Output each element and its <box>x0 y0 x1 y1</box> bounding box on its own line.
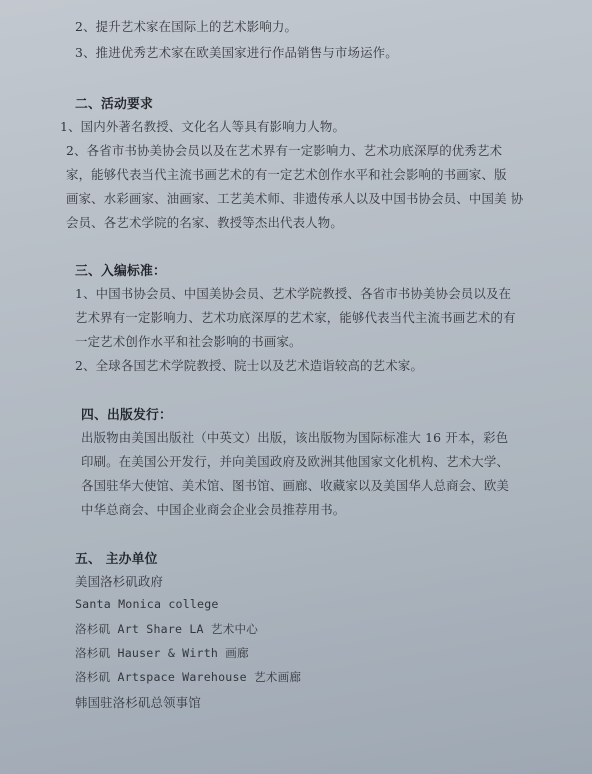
requirements-line: 家，能够代表当代主流书画艺术的有一定艺术创作水平和社会影响的书画家、版 <box>66 165 507 183</box>
criteria-line: 2、全球各国艺术学院教授、院士以及艺术造诣较高的艺术家。 <box>75 356 423 374</box>
requirements-line: 画家、水彩画家、油画家、工艺美术师、非遗传承人以及中国书协会员、中国美 协 <box>66 189 523 207</box>
section-heading-organizers: 五、 主办单位 <box>75 548 158 567</box>
publication-line: 印刷。在美国公开发行，并向美国政府及欧洲其他国家文化机构、艺术大学、 <box>81 452 509 470</box>
organizer-item: 韩国驻洛杉矶总领事馆 <box>75 693 201 711</box>
requirements-line: 1、国内外著名教授、文化名人等具有影响力人物。 <box>60 117 345 135</box>
publication-line: 各国驻华大使馆、美术馆、图书馆、画廊、收藏家以及美国华人总商会、欧美 <box>81 476 509 494</box>
section-heading-criteria: 三、入编标准： <box>75 260 166 279</box>
section-heading-publication: 四、出版发行： <box>81 404 172 423</box>
criteria-line: 一定艺术创作水平和社会影响的书画家。 <box>75 332 302 350</box>
requirements-line: 会员、各艺术学院的名家、教授等杰出代表人物。 <box>66 213 343 231</box>
organizer-item: 美国洛杉矶政府 <box>75 572 163 590</box>
organizer-item: 洛杉矶 Hauser & Wirth 画廊 <box>75 645 249 661</box>
document-page: 2、提升艺术家在国际上的艺术影响力。 3、推进优秀艺术家在欧美国家进行作品销售与… <box>0 0 592 774</box>
organizer-item: 洛杉矶 Artspace Warehouse 艺术画廊 <box>75 669 301 685</box>
organizer-item: Santa Monica college <box>75 597 219 611</box>
publication-line: 中华总商会、中国企业商会企业会员推荐用书。 <box>81 500 345 518</box>
criteria-line: 艺术界有一定影响力、艺术功底深厚的艺术家，能够代表当代主流书画艺术的有 <box>75 308 516 326</box>
intro-item: 2、提升艺术家在国际上的艺术影响力。 <box>75 17 297 35</box>
intro-item: 3、推进优秀艺术家在欧美国家进行作品销售与市场运作。 <box>75 43 398 61</box>
organizer-item: 洛杉矶 Art Share LA 艺术中心 <box>75 621 258 637</box>
publication-line: 出版物由美国出版社（中英文）出版，该出版物为国际标准大 16 开本，彩色 <box>81 428 508 446</box>
criteria-line: 1、中国书协会员、中国美协会员、艺术学院教授、各省市书协美协会员以及在 <box>75 284 511 302</box>
requirements-line: 2、各省市书协美协会员以及在艺术界有一定影响力、艺术功底深厚的优秀艺术 <box>66 141 502 159</box>
section-heading-requirements: 二、活动要求 <box>75 93 153 112</box>
